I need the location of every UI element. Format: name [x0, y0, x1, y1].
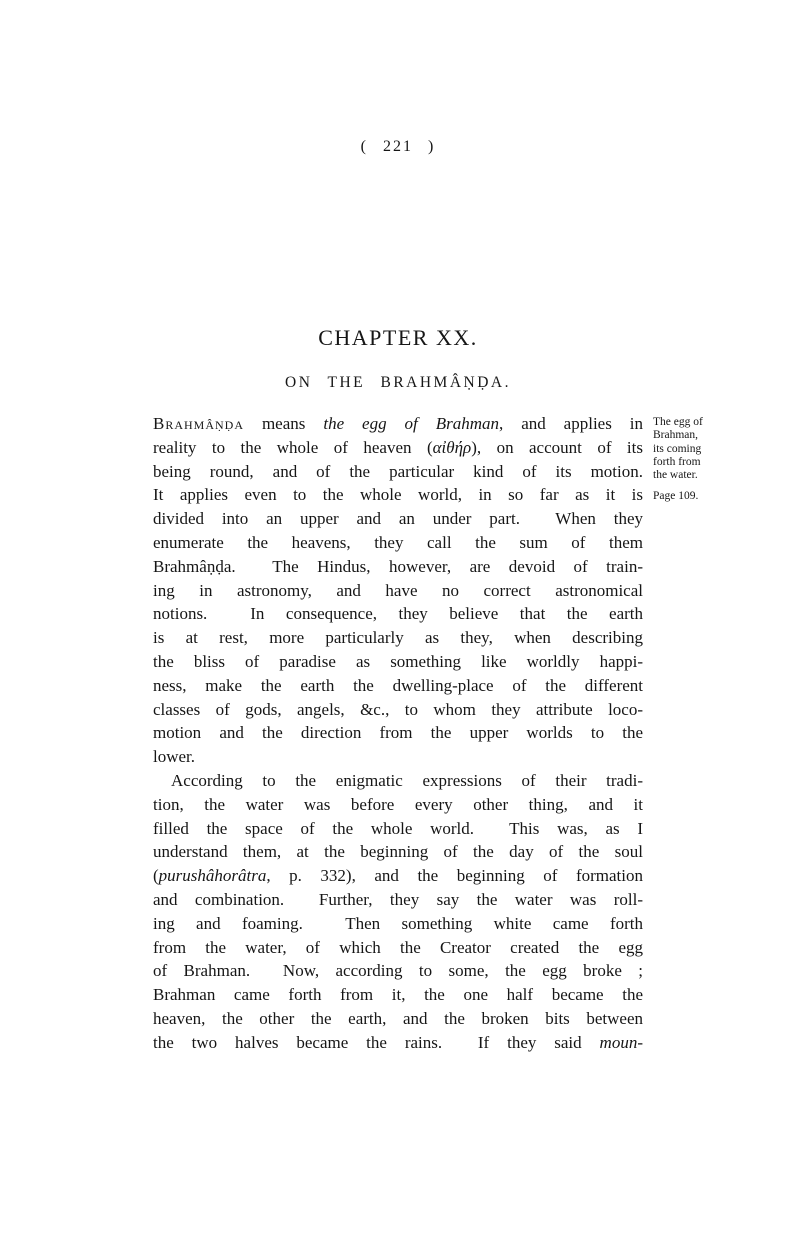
margin-notes: The egg ofBrahman,its comingforth fromth… [653, 416, 759, 504]
book-page: ( 221 ) CHAPTER XX. ON THE BRAHMÂṆḌA. Br… [0, 0, 800, 1237]
text-line: lower. [153, 745, 643, 769]
text-line: Brahmâṇḍa. The Hindus, however, are devo… [153, 555, 643, 579]
text-line: filled the space of the whole world. Thi… [153, 817, 643, 841]
text-line: heaven, the other the earth, and the bro… [153, 1007, 643, 1031]
italic-text: purushâhorâtra [159, 866, 267, 885]
margin-note-line: forth from [653, 456, 759, 469]
italic-text: αἰθήρ [433, 438, 472, 457]
text-line: ing and foaming. Then something white ca… [153, 912, 643, 936]
text-line: According to the enigmatic expressions o… [153, 769, 643, 793]
italic-text: moun- [600, 1033, 643, 1052]
text-line: Brahman came forth from it, the one half… [153, 983, 643, 1007]
margin-note: Page 109. [653, 490, 759, 503]
chapter-subtitle: ON THE BRAHMÂṆḌA. [153, 374, 643, 392]
text-line: reality to the whole of heaven (αἰθήρ), … [153, 436, 643, 460]
italic-text: the egg of Brahman [323, 414, 499, 433]
text-line: It applies even to the whole world, in s… [153, 483, 643, 507]
chapter-title: CHAPTER XX. [153, 325, 643, 351]
margin-note-line: Page 109. [653, 490, 759, 503]
text-line: ing in astronomy, and have no correct as… [153, 579, 643, 603]
text-line: from the water, of which the Creator cre… [153, 936, 643, 960]
margin-note-line: The egg of [653, 416, 759, 429]
paragraph: According to the enigmatic expressions o… [153, 769, 643, 1055]
text-line: the bliss of paradise as something like … [153, 650, 643, 674]
text-line: Brahmâṇḍa means the egg of Brahman, and … [153, 412, 643, 436]
margin-note: The egg ofBrahman,its comingforth fromth… [653, 416, 759, 482]
margin-note-line: its coming [653, 443, 759, 456]
text-line: and combination. Further, they say the w… [153, 888, 643, 912]
text-line: motion and the direction from the upper … [153, 721, 643, 745]
text-line: tion, the water was before every other t… [153, 793, 643, 817]
paragraph: Brahmâṇḍa means the egg of Brahman, and … [153, 412, 643, 769]
text-line: divided into an upper and an under part.… [153, 507, 643, 531]
margin-note-line: Brahman, [653, 429, 759, 442]
text-line: understand them, at the beginning of the… [153, 840, 643, 864]
text-line: of Brahman. Now, according to some, the … [153, 959, 643, 983]
text-line: (purushâhorâtra, p. 332), and the beginn… [153, 864, 643, 888]
text-line: notions. In consequence, they believe th… [153, 602, 643, 626]
text-line: is at rest, more particularly as they, w… [153, 626, 643, 650]
margin-note-line: the water. [653, 469, 759, 482]
text-line: classes of gods, angels, &c., to whom th… [153, 698, 643, 722]
text-line: enumerate the heavens, they call the sum… [153, 531, 643, 555]
body-text: Brahmâṇḍa means the egg of Brahman, and … [153, 412, 643, 1055]
small-caps-text: Brahmâṇḍa [153, 414, 244, 433]
text-line: ness, make the earth the dwelling-place … [153, 674, 643, 698]
text-line: the two halves became the rains. If they… [153, 1031, 643, 1055]
page-number: ( 221 ) [153, 138, 643, 156]
text-line: being round, and of the particular kind … [153, 460, 643, 484]
